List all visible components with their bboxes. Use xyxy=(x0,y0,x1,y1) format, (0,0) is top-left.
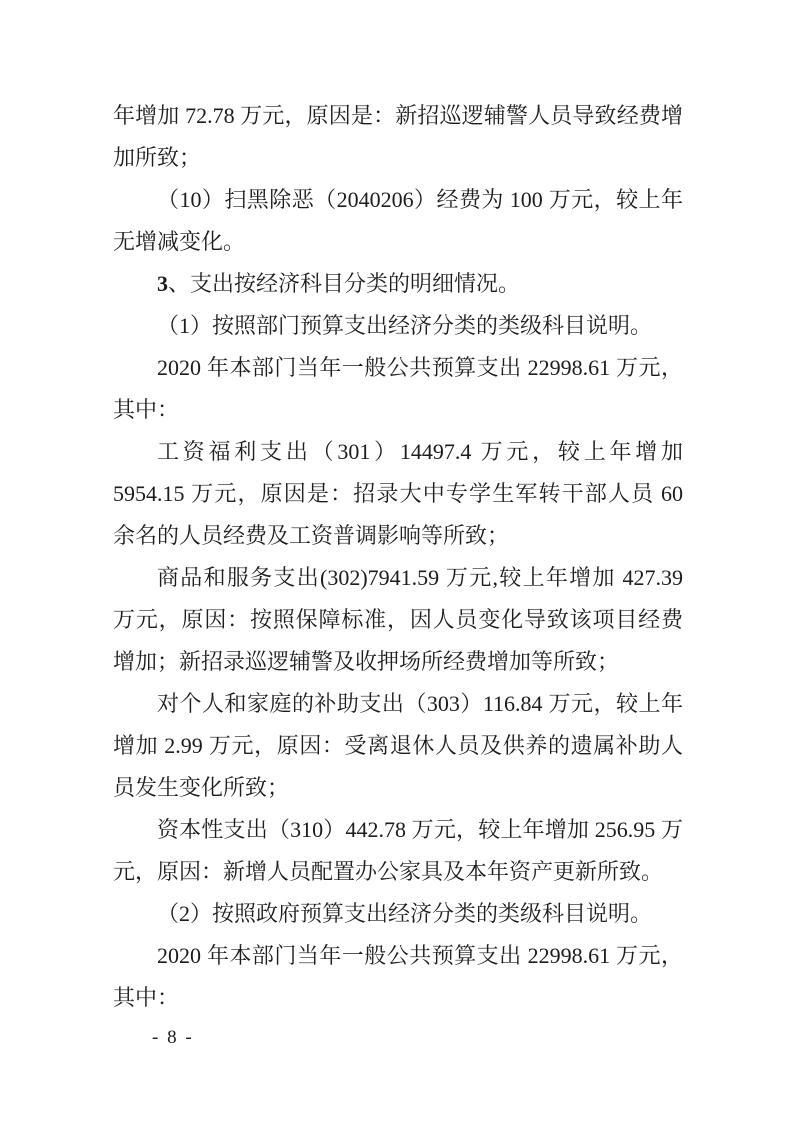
heading-item-2-government-budget-classification: （2）按照政府预算支出经济分类的类级科目说明。 xyxy=(113,893,683,935)
paragraph-individual-family-subsidies-303: 对个人和家庭的补助支出（303）116.84 万元，较上年增加 2.99 万元，… xyxy=(113,683,683,809)
section-title-text: 、支出按经济科目分类的明细情况。 xyxy=(168,271,520,296)
paragraph-2020-total-budget-expenditure-repeat: 2020 年本部门当年一般公共预算支出 22998.61 万元，其中： xyxy=(113,935,683,1019)
document-body: 年增加 72.78 万元，原因是：新招巡逻辅警人员导致经费增加所致； （10）扫… xyxy=(113,95,683,1019)
paragraph-goods-services-302: 商品和服务支出(302)7941.59 万元,较上年增加 427.39 万元，原… xyxy=(113,557,683,683)
paragraph-item-10-anti-crime-funds: （10）扫黑除恶（2040206）经费为 100 万元，较上年无增减变化。 xyxy=(113,179,683,263)
section-number: 3 xyxy=(157,271,168,296)
heading-item-1-department-budget-classification: （1）按照部门预算支出经济分类的类级科目说明。 xyxy=(113,305,683,347)
paragraph-continuation-funding-increase: 年增加 72.78 万元，原因是：新招巡逻辅警人员导致经费增加所致； xyxy=(113,95,683,179)
paragraph-2020-total-budget-expenditure: 2020 年本部门当年一般公共预算支出 22998.61 万元，其中： xyxy=(113,347,683,431)
document-page: 年增加 72.78 万元，原因是：新招巡逻辅警人员导致经费增加所致； （10）扫… xyxy=(0,0,793,1122)
heading-section-3-economic-classification: 3、支出按经济科目分类的明细情况。 xyxy=(113,263,683,305)
page-number: - 8 - xyxy=(152,1026,194,1050)
paragraph-capital-expenditure-310: 资本性支出（310）442.78 万元，较上年增加 256.95 万元，原因：新… xyxy=(113,809,683,893)
paragraph-wages-welfare-301: 工资福利支出（301）14497.4 万元，较上年增加 5954.15 万元，原… xyxy=(113,431,683,557)
